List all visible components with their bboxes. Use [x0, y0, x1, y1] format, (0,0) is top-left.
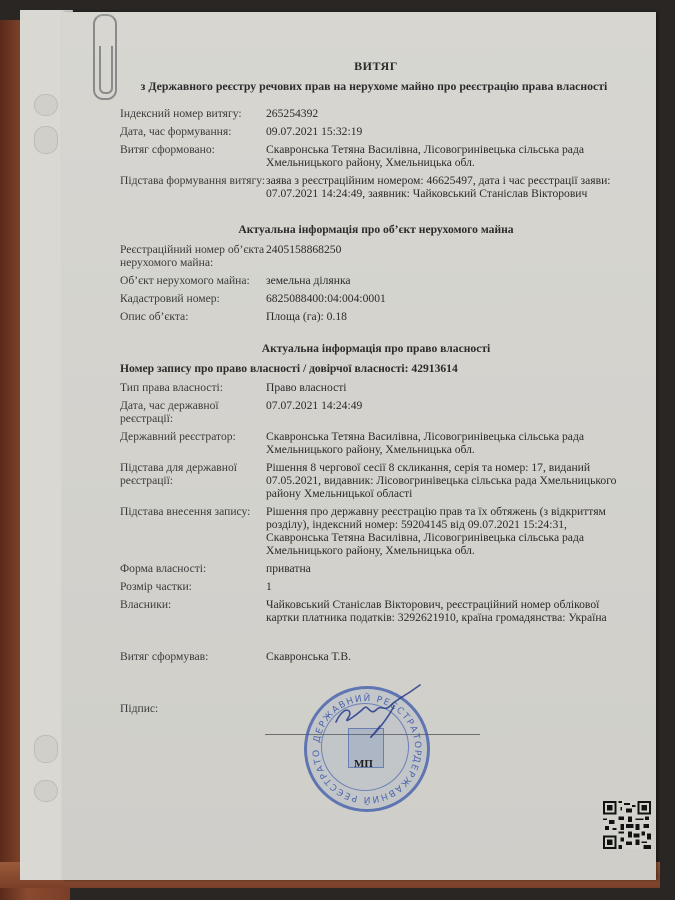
field-label: Індексний номер витягу: [120, 107, 266, 120]
formed-by-row: Витяг сформував: Скавронська Т.В. [120, 650, 632, 663]
handwritten-signature [330, 682, 430, 742]
field-row: Підстава для державної реєстрації: Рішен… [120, 461, 632, 500]
field-value: Рішення про державну реєстрацію прав та … [266, 505, 632, 557]
registry-extract: ВИТЯГ з Державного реєстру речових прав … [120, 60, 632, 720]
field-row: Реєстраційний номер об’єкта нерухомого м… [120, 243, 632, 269]
field-value: Скавронська Тетяна Василівна, Лісовогрин… [266, 430, 632, 456]
field-value: Площа (га): 0.18 [266, 310, 632, 323]
field-value: 09.07.2021 15:32:19 [266, 125, 632, 138]
field-label: Розмір частки: [120, 580, 266, 593]
field-value: приватна [266, 562, 632, 575]
field-label: Опис об’єкта: [120, 310, 266, 323]
field-row: Дата, час формування: 09.07.2021 15:32:1… [120, 125, 632, 138]
field-label: Підстава внесення запису: [120, 505, 266, 557]
field-row: Індексний номер витягу: 265254392 [120, 107, 632, 120]
field-label: Підстава для державної реєстрації: [120, 461, 266, 500]
field-label: Кадастровий номер: [120, 292, 266, 305]
field-row: Власники: Чайковський Станіслав Вікторов… [120, 598, 632, 624]
field-label: Власники: [120, 598, 266, 624]
field-value: 265254392 [266, 107, 632, 120]
ownership-fields: Тип права власності: Право власності Дат… [120, 381, 632, 624]
field-row: Об’єкт нерухомого майна: земельна ділянк… [120, 274, 632, 287]
field-label: Тип права власності: [120, 381, 266, 394]
qr-code-icon[interactable] [603, 801, 651, 849]
field-row: Опис об’єкта: Площа (га): 0.18 [120, 310, 632, 323]
field-row: Державний реєстратор: Скавронська Тетяна… [120, 430, 632, 456]
field-row: Підстава внесення запису: Рішення про де… [120, 505, 632, 557]
field-row: Дата, час державної реєстрації: 07.07.20… [120, 399, 632, 425]
formed-by-label: Витяг сформував: [120, 650, 266, 663]
signature-label: Підпис: [120, 702, 266, 715]
field-row: Тип права власності: Право власності [120, 381, 632, 394]
ownership-record-number: Номер запису про право власності / довір… [120, 362, 632, 375]
formed-by-value: Скавронська Т.В. [266, 650, 632, 663]
punch-hole [34, 94, 58, 116]
field-label: Об’єкт нерухомого майна: [120, 274, 266, 287]
field-row: Підстава формування витягу: заява з реєс… [120, 174, 632, 200]
seal-place-mark: МП [354, 758, 373, 770]
document-subtitle: з Державного реєстру речових прав на нер… [118, 80, 630, 93]
punch-hole [34, 126, 58, 154]
field-value: 07.07.2021 14:24:49 [266, 399, 632, 425]
object-fields: Реєстраційний номер об’єкта нерухомого м… [120, 243, 632, 323]
object-section-heading: Актуальна інформація про об’єкт нерухомо… [120, 223, 632, 236]
ownership-section-heading: Актуальна інформація про право власності [120, 342, 632, 355]
punch-hole [34, 735, 58, 763]
field-label: Дата, час формування: [120, 125, 266, 138]
field-value: земельна ділянка [266, 274, 632, 287]
punch-hole [34, 780, 58, 802]
field-label: Реєстраційний номер об’єкта нерухомого м… [120, 243, 266, 269]
field-row: Форма власності: приватна [120, 562, 632, 575]
field-row: Витяг сформовано: Скавронська Тетяна Вас… [120, 143, 632, 169]
field-label: Дата, час державної реєстрації: [120, 399, 266, 425]
field-value: 2405158868250 [266, 243, 632, 269]
field-value: Чайковський Станіслав Вікторович, реєстр… [266, 598, 632, 624]
field-label: Підстава формування витягу: [120, 174, 266, 200]
header-fields: Індексний номер витягу: 265254392 Дата, … [120, 107, 632, 200]
field-value: 1 [266, 580, 632, 593]
field-value: заява з реєстраційним номером: 46625497,… [266, 174, 632, 200]
field-row: Розмір частки: 1 [120, 580, 632, 593]
field-label: Форма власності: [120, 562, 266, 575]
field-label: Витяг сформовано: [120, 143, 266, 169]
field-label: Державний реєстратор: [120, 430, 266, 456]
document-title: ВИТЯГ [120, 60, 632, 73]
field-value: 6825088400:04:004:0001 [266, 292, 632, 305]
field-row: Кадастровий номер: 6825088400:04:004:000… [120, 292, 632, 305]
field-value: Рішення 8 чергової сесії 8 скликання, се… [266, 461, 632, 500]
field-value: Право власності [266, 381, 632, 394]
field-value: Скавронська Тетяна Василівна, Лісовогрин… [266, 143, 632, 169]
paperclip-inner-loop [99, 46, 113, 94]
